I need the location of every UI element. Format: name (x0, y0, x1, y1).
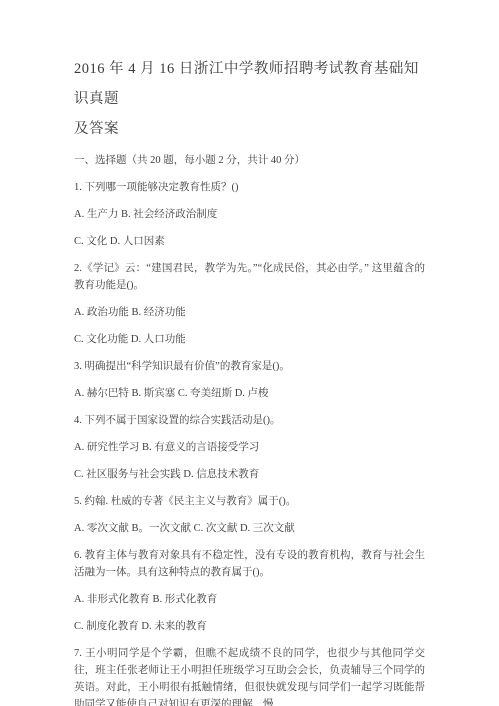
question-6-options-cd: C. 制度化教育 D. 未来的教育 (74, 618, 425, 635)
question-1-text: 1. 下列哪一项能够决定教育性质？() (74, 179, 425, 196)
question-1-options-ab: A. 生产力 B. 社会经济政治制度 (74, 206, 425, 223)
question-4-text: 4. 下列不属于国家设置的综合实践活动是()。 (74, 412, 425, 429)
question-6-text: 6. 教育主体与教育对象具有不稳定性，没有专设的教育机构，教育与社会生活融为一体… (74, 547, 425, 581)
question-6-options-ab: A. 非形式化教育 B. 形式化教育 (74, 591, 425, 608)
question-1-options-cd: C. 文化 D. 人口因素 (74, 233, 425, 250)
question-2-options-ab: A. 政治功能 B. 经济功能 (74, 304, 425, 321)
question-5-options-abcd: A. 零次文献 B。一次文献 C. 次文献 D. 三次文献 (74, 520, 425, 537)
document-title-line-2: 及答案 (74, 114, 425, 144)
question-5-text: 5. 约翰. 杜威的专著《民主主义与教育》属于()。 (74, 493, 425, 510)
section-heading-multiple-choice: 一、选择题（共 20 题，每小题 2 分，共计 40 分） (74, 152, 425, 169)
document-title-line-1: 2016 年 4 月 16 日浙江中学教师招聘考试教育基础知识真题 (74, 54, 425, 114)
question-3-text: 3. 明确提出“科学知识最有价值”的教育家是()。 (74, 358, 425, 375)
question-7-text: 7. 王小明同学是个学霸，但瞧不起成绩不良的同学，也很少与其他同学交往，班主任张… (74, 645, 425, 706)
question-2-options-cd: C. 文化功能 D. 人口功能 (74, 331, 425, 348)
question-4-options-cd: C. 社区服务与社会实践 D. 信息技术教育 (74, 466, 425, 483)
question-4-options-ab: A. 研究性学习 B. 有意义的言语接受学习 (74, 439, 425, 456)
document-title: 2016 年 4 月 16 日浙江中学教师招聘考试教育基础知识真题 及答案 (74, 54, 425, 144)
exam-document-page: 2016 年 4 月 16 日浙江中学教师招聘考试教育基础知识真题 及答案 一、… (0, 0, 499, 706)
question-3-options-abcd: A. 赫尔巴特 B. 斯宾塞 C. 夸美纽斯 D. 卢梭 (74, 385, 425, 402)
question-2-text: 2.《学记》云：“建国君民，教学为先。”“化成民俗，其必由学。” 这里蕴含的教育… (74, 260, 425, 294)
